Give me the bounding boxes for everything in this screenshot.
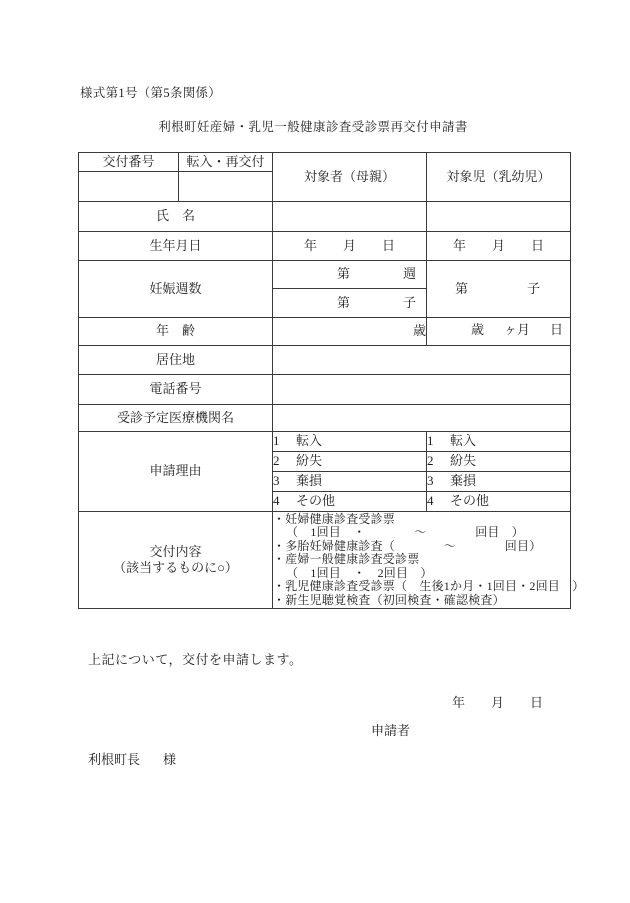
residence-field bbox=[273, 346, 571, 375]
reason-label: 転入 bbox=[296, 433, 322, 448]
issue-number-field bbox=[79, 172, 179, 202]
issue-content-line: ・乳児健康診査受診票（ 生後1か月・1回目・2回目 ） bbox=[273, 580, 570, 593]
application-reason-label: 申請理由 bbox=[79, 432, 273, 512]
transfer-reissue-header: 転入・再交付 bbox=[179, 153, 273, 172]
mother-reason-other: 4その他 bbox=[273, 492, 427, 512]
child-number-prefix: 第 bbox=[455, 282, 468, 297]
medical-institution-field bbox=[273, 405, 571, 432]
reason-label: 転入 bbox=[450, 433, 476, 448]
name-label: 氏 名 bbox=[79, 202, 273, 232]
reason-number: 4 bbox=[273, 494, 281, 509]
age-days-unit: 日 bbox=[550, 323, 563, 338]
reason-number: 1 bbox=[427, 434, 435, 449]
age-label: 年 齢 bbox=[79, 318, 273, 346]
birthdate-label: 生年月日 bbox=[79, 232, 273, 261]
reason-label: 紛失 bbox=[296, 453, 322, 468]
child-birthdate-field: 年 月 日 bbox=[427, 232, 571, 261]
issue-content-line: ・新生児聴覚検査（初回検査・確認検査） bbox=[273, 594, 570, 607]
pregnancy-weeks-field: 第 週 bbox=[273, 261, 427, 289]
reason-number: 3 bbox=[427, 474, 435, 489]
age-years-unit: 歳 bbox=[471, 323, 484, 338]
mother-name-field bbox=[273, 202, 427, 232]
pregnancy-weeks-label: 妊娠週数 bbox=[79, 261, 273, 318]
transfer-reissue-field bbox=[179, 172, 273, 202]
issue-content-line: （ 1回目 ・ ～ 回目 ） bbox=[273, 526, 570, 539]
applicant-label: 申請者 bbox=[371, 720, 410, 739]
mother-age-field: 歳 bbox=[273, 318, 427, 346]
reason-label: その他 bbox=[296, 493, 335, 508]
reason-label: 紛失 bbox=[450, 453, 476, 468]
medical-institution-label: 受診予定医療機関名 bbox=[79, 405, 273, 432]
issue-content-options: ・妊婦健康診査受診票 （ 1回目 ・ ～ 回目 ） ・多胎妊婦健康診査（ ～ 回… bbox=[273, 512, 571, 609]
application-statement: 上記について，交付を申請します。 bbox=[88, 649, 302, 668]
child-age-field: 歳 ヶ月 日 bbox=[427, 318, 571, 346]
child-reason-transfer: 1転入 bbox=[427, 432, 571, 452]
document-title: 利根町妊産婦・乳児一般健康診査受診票再交付申請書 bbox=[0, 117, 626, 135]
form-number-note: 様式第1号（第5条関係） bbox=[80, 83, 221, 101]
order-prefix: 第 bbox=[337, 296, 350, 311]
reason-label: 棄損 bbox=[450, 473, 476, 488]
application-date-placeholder: 年 月 日 bbox=[452, 692, 543, 711]
child-reason-damaged: 3棄損 bbox=[427, 472, 571, 492]
age-months-unit: ヶ月 bbox=[504, 323, 530, 338]
child-number-suffix: 子 bbox=[527, 282, 540, 297]
child-reason-lost: 2紛失 bbox=[427, 452, 571, 472]
addressee-line: 利根町長様 bbox=[88, 749, 176, 768]
reason-number: 2 bbox=[273, 454, 281, 469]
addressee-name: 利根町長 bbox=[88, 752, 140, 767]
child-name-field bbox=[427, 202, 571, 232]
child-column-header: 対象児（乳幼児） bbox=[427, 153, 571, 202]
reason-number: 3 bbox=[273, 474, 281, 489]
phone-field bbox=[273, 375, 571, 405]
issue-content-line: ・妊婦健康診査受診票 bbox=[273, 513, 570, 526]
form-document-page: 様式第1号（第5条関係） 利根町妊産婦・乳児一般健康診査受診票再交付申請書 交付… bbox=[0, 0, 630, 903]
reason-label: その他 bbox=[450, 493, 489, 508]
issue-content-label: 交付内容 （該当するものに○） bbox=[79, 512, 273, 609]
residence-label: 居住地 bbox=[79, 346, 273, 375]
mother-reason-damaged: 3棄損 bbox=[273, 472, 427, 492]
issue-content-label-title: 交付内容 bbox=[79, 544, 272, 560]
mother-birthdate-field: 年 月 日 bbox=[273, 232, 427, 261]
reason-number: 1 bbox=[273, 434, 281, 449]
reason-label: 棄損 bbox=[296, 473, 322, 488]
order-suffix: 子 bbox=[403, 296, 416, 311]
weeks-prefix: 第 bbox=[337, 267, 350, 282]
child-reason-other: 4その他 bbox=[427, 492, 571, 512]
reason-number: 4 bbox=[427, 494, 435, 509]
child-number-field: 第 子 bbox=[427, 261, 571, 318]
issue-content-label-note: （該当するものに○） bbox=[79, 560, 272, 576]
issue-number-header: 交付番号 bbox=[79, 153, 179, 172]
addressee-honorific: 様 bbox=[163, 752, 176, 767]
mother-reason-lost: 2紛失 bbox=[273, 452, 427, 472]
reason-number: 2 bbox=[427, 454, 435, 469]
mother-reason-transfer: 1転入 bbox=[273, 432, 427, 452]
phone-label: 電話番号 bbox=[79, 375, 273, 405]
mother-column-header: 対象者（母親） bbox=[273, 153, 427, 202]
mother-child-order-field: 第 子 bbox=[273, 289, 427, 318]
weeks-suffix: 週 bbox=[403, 267, 416, 282]
application-form-table: 交付番号 転入・再交付 対象者（母親） 対象児（乳幼児） 氏 名 生年月日 年 … bbox=[78, 152, 571, 609]
issue-content-line: ・産婦一般健康診査受診票 bbox=[273, 553, 570, 566]
